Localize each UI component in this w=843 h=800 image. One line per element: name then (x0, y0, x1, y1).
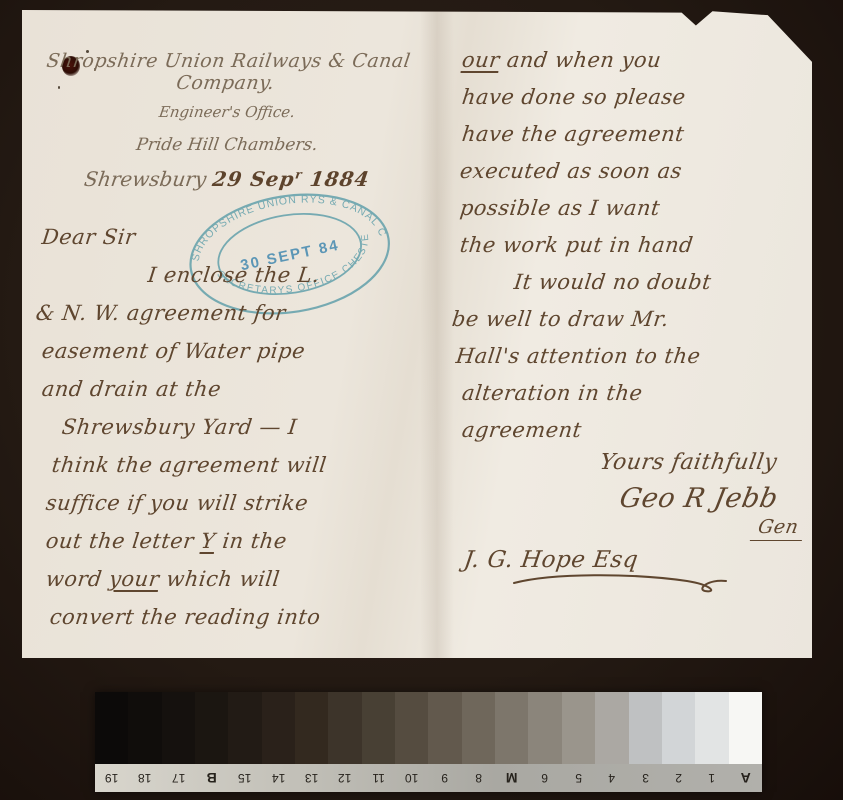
handwriting-line: agreement (460, 412, 831, 449)
handwriting-line: be well to draw Mr. (450, 301, 831, 338)
scanned-letter-photo: Shropshire Union Railways & Canal Compan… (0, 0, 843, 800)
gray-patch (262, 692, 295, 764)
gray-patch (95, 692, 128, 764)
handwriting-line: Hall's attention to the (454, 338, 831, 375)
calibration-label: 13 (295, 771, 328, 785)
letterhead: Shropshire Union Railways & Canal Compan… (22, 50, 432, 191)
letterhead-office: Engineer's Office. (21, 103, 434, 121)
gray-patch (495, 692, 528, 764)
gray-patch (195, 692, 228, 764)
gray-patch (128, 692, 161, 764)
calibration-label: 9 (428, 771, 461, 785)
calibration-label: 4 (595, 771, 628, 785)
left-page-text: Dear Sir I enclose the L.& N. W. agreeme… (36, 218, 436, 636)
calibration-label: 19 (95, 771, 128, 785)
calibration-label: 11 (362, 771, 395, 785)
handwriting-line: our and when you (460, 42, 831, 79)
gray-patch (729, 692, 762, 764)
right-page-lines: our and when youhave done so pleasehave … (452, 42, 828, 449)
calibration-label: 12 (328, 771, 361, 785)
gray-patch (428, 692, 461, 764)
calibration-label: 17 (162, 771, 195, 785)
handwriting-line: have done so please (460, 79, 831, 116)
handwriting-line: convert the reading into (48, 598, 439, 636)
handwriting-line: executed as soon as (458, 153, 831, 190)
calibration-label: A (729, 770, 762, 786)
greeting: Dear Sir (40, 218, 439, 256)
calibration-label: 14 (262, 771, 295, 785)
signature-suffix: Gen (750, 516, 807, 541)
calibration-label: 1 (695, 771, 728, 785)
handwriting-line: & N. W. agreement for (34, 294, 439, 332)
signature: Geo R Jebb (617, 483, 835, 514)
handwriting-line: have the agreement (460, 116, 831, 153)
handwriting-line: think the agreement will (50, 446, 439, 484)
gray-patch (528, 692, 561, 764)
gray-patch (295, 692, 328, 764)
gray-patch (328, 692, 361, 764)
gray-patch (162, 692, 195, 764)
left-page-lines: I enclose the L.& N. W. agreement foreas… (36, 256, 436, 636)
gray-patch (595, 692, 628, 764)
calibration-label: 15 (228, 771, 261, 785)
handwriting-line: I enclose the L. (146, 256, 439, 294)
calibration-labels: 191817B15141312111098M654321A (95, 764, 762, 792)
gray-patch (662, 692, 695, 764)
handwriting-line: alteration in the (460, 375, 831, 412)
handwriting-line: Shrewsbury Yard — I (60, 408, 439, 446)
right-page-text: our and when youhave done so pleasehave … (452, 42, 828, 449)
calibration-label: 2 (662, 771, 695, 785)
letterhead-address: Pride Hill Chambers. (21, 135, 434, 155)
handwriting-line: the work put in hand (458, 227, 831, 264)
valediction: Yours faithfully (598, 450, 834, 475)
calibration-label: M (495, 770, 528, 786)
handwriting-line: easement of Water pipe (40, 332, 439, 370)
gray-patch (228, 692, 261, 764)
gray-patch (629, 692, 662, 764)
gray-patch (562, 692, 595, 764)
calibration-bar: 191817B15141312111098M654321A (95, 692, 762, 792)
gray-patch (362, 692, 395, 764)
addressee: J. G. Hope Esq (462, 547, 834, 573)
handwriting-line: suffice if you will strike (44, 484, 439, 522)
calibration-label: 18 (128, 771, 161, 785)
calibration-label: 6 (528, 771, 561, 785)
calibration-label: 8 (462, 771, 495, 785)
letterhead-place: Shrewsbury (83, 167, 208, 191)
calibration-label: 5 (562, 771, 595, 785)
letter-paper: Shropshire Union Railways & Canal Compan… (22, 10, 812, 658)
calibration-patches (95, 692, 762, 764)
calibration-label: 10 (395, 771, 428, 785)
calibration-label: B (195, 770, 228, 786)
handwriting-line: It would no doubt (512, 264, 831, 301)
gray-patch (695, 692, 728, 764)
handwriting-line: word your which will (44, 560, 439, 598)
gray-patch (462, 692, 495, 764)
handwriting-line: out the letter Y in the (44, 522, 439, 560)
closing-block: Yours faithfully Geo R Jebb Gen J. G. Ho… (452, 450, 832, 599)
handwriting-line: possible as I want (458, 190, 831, 227)
letterhead-company: Shropshire Union Railways & Canal Compan… (19, 50, 435, 94)
calibration-label: 3 (629, 771, 662, 785)
gray-patch (395, 692, 428, 764)
handwriting-line: and drain at the (40, 370, 439, 408)
